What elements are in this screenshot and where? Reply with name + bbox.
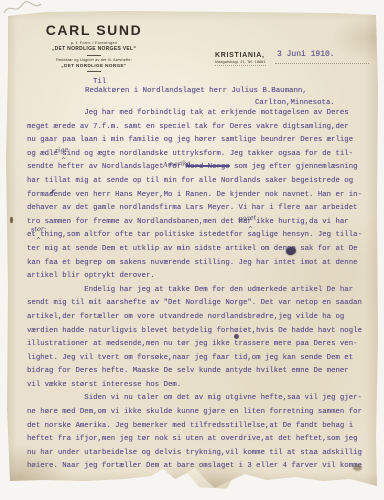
typed-line: artikel,der fortæller om vore utvandrede… <box>27 311 371 325</box>
handwritten-annotation: stor- <box>31 224 47 233</box>
typed-line: har tillat mig at sende op til min for a… <box>27 175 371 189</box>
edge-speck <box>10 217 13 223</box>
handwritten-annotation: ^ <box>36 237 41 244</box>
letter-body: Jeg har med forbindtlig tak at erkjende … <box>27 107 371 474</box>
letterhead-editor-line: Redaktør og Udgiver av det Ill. Aarsheft… <box>30 58 158 62</box>
typed-line: værdien hadde naturligvis blevet betydel… <box>27 325 371 339</box>
typed-line: nu har under utarbeidelse og delvis tryk… <box>27 447 371 461</box>
letter-paper: CARL SUND p. t. Form. i Foreningen „DET … <box>5 9 379 492</box>
typed-line: kan faa et begrep om sakens nuværende st… <box>27 257 371 271</box>
dateline-city: KRISTIANIA, <box>215 52 266 59</box>
typed-line: formaaende ven herr Hans Meyer,Mo i Rane… <box>27 189 371 203</box>
recipient-til: Til <box>93 78 106 86</box>
typed-date: 3 Juni 1910. <box>277 50 335 59</box>
handwritten-annotation: ^ <box>61 157 66 164</box>
typed-line: Endelig har jeg at takke Dem for den udm… <box>27 284 371 298</box>
letterhead-divider <box>87 55 101 56</box>
letterhead-society-name: „DET NORDLIGE NORGES VEL“ <box>30 46 158 52</box>
ink-blot-small <box>234 334 239 339</box>
typed-line: ter mig at sende Dem et utklip av min si… <box>27 243 371 257</box>
typed-line: høiere. Naar jeg fortæller Dem at bare o… <box>27 460 371 474</box>
typed-line: et thing,som altfor ofte tar politiske i… <box>27 229 371 243</box>
stain-smudge <box>353 464 362 471</box>
recipient-place-line: Carlton,Minnesota. <box>255 99 335 107</box>
typed-line: bidrag for Deres hefte. Maaske De selv k… <box>27 365 371 379</box>
handwritten-annotation: ^ <box>248 226 253 233</box>
dateline: KRISTIANIA, Maagatsbagt. 21. Tel. 18881 <box>215 52 266 66</box>
typed-line: det norske Amerika. Jeg bemerker med til… <box>27 420 371 434</box>
handwritten-annotation: ✗ <box>48 188 55 197</box>
typed-line: meget ærede av 7.f.m. samt en speciel ta… <box>27 121 371 135</box>
typed-line: tro sammen for fremme av Nordlandsbanen,… <box>27 216 371 230</box>
typed-line: artikel blir optrykt derover. <box>27 270 371 284</box>
typed-line: sendt mig til mit aarshefte av "Det Nord… <box>27 297 371 311</box>
letterhead: CARL SUND p. t. Form. i Foreningen „DET … <box>30 22 158 74</box>
typed-line: lighet. Jeg vil tvert om forsøke,naar je… <box>27 352 371 366</box>
letterhead-subtitle-1: p. t. Form. i Foreningen <box>30 40 158 45</box>
typed-line: ne høre med Dem,om vi ikke skulde kunne … <box>27 406 371 420</box>
typed-line: Siden vi nu taler om det av mig utgivne … <box>27 392 371 406</box>
typed-line: Jeg har med forbindtlig tak at erkjende … <box>27 107 371 121</box>
dateline-address: Maagatsbagt. 21. Tel. 18881 <box>215 60 266 66</box>
typed-line: nu gaar paa laan i min familie og jeg hø… <box>27 134 371 148</box>
letterhead-divider-2 <box>87 71 101 72</box>
typed-line: vil vække størst interesse hos Dem. <box>27 379 371 393</box>
recipient-name-line: Redaktøren i Nordlandslaget herr Julius … <box>85 87 307 95</box>
scanned-letter-scene: CARL SUND p. t. Form. i Foreningen „DET … <box>0 0 384 500</box>
letterhead-publication-name: „DET NORDLIGE NORGE“ <box>30 63 158 68</box>
typed-line: heftet fra ifjor,men jeg tør nok si uten… <box>27 433 371 447</box>
handwritten-annotation: gaaet <box>238 213 257 222</box>
typed-line: illustrationer at medsende,men nu tør je… <box>27 338 371 352</box>
typed-line: dehaver av det gamle nordlandsfirma Lars… <box>27 202 371 216</box>
typed-line: og ædle sind og ægte nordlandske uttryks… <box>27 148 371 162</box>
typed-line: sendte hefter av Nordlandslaget for Nord… <box>27 161 371 175</box>
letterhead-name: CARL SUND <box>30 22 158 38</box>
handwritten-annotation: rige <box>55 146 69 155</box>
